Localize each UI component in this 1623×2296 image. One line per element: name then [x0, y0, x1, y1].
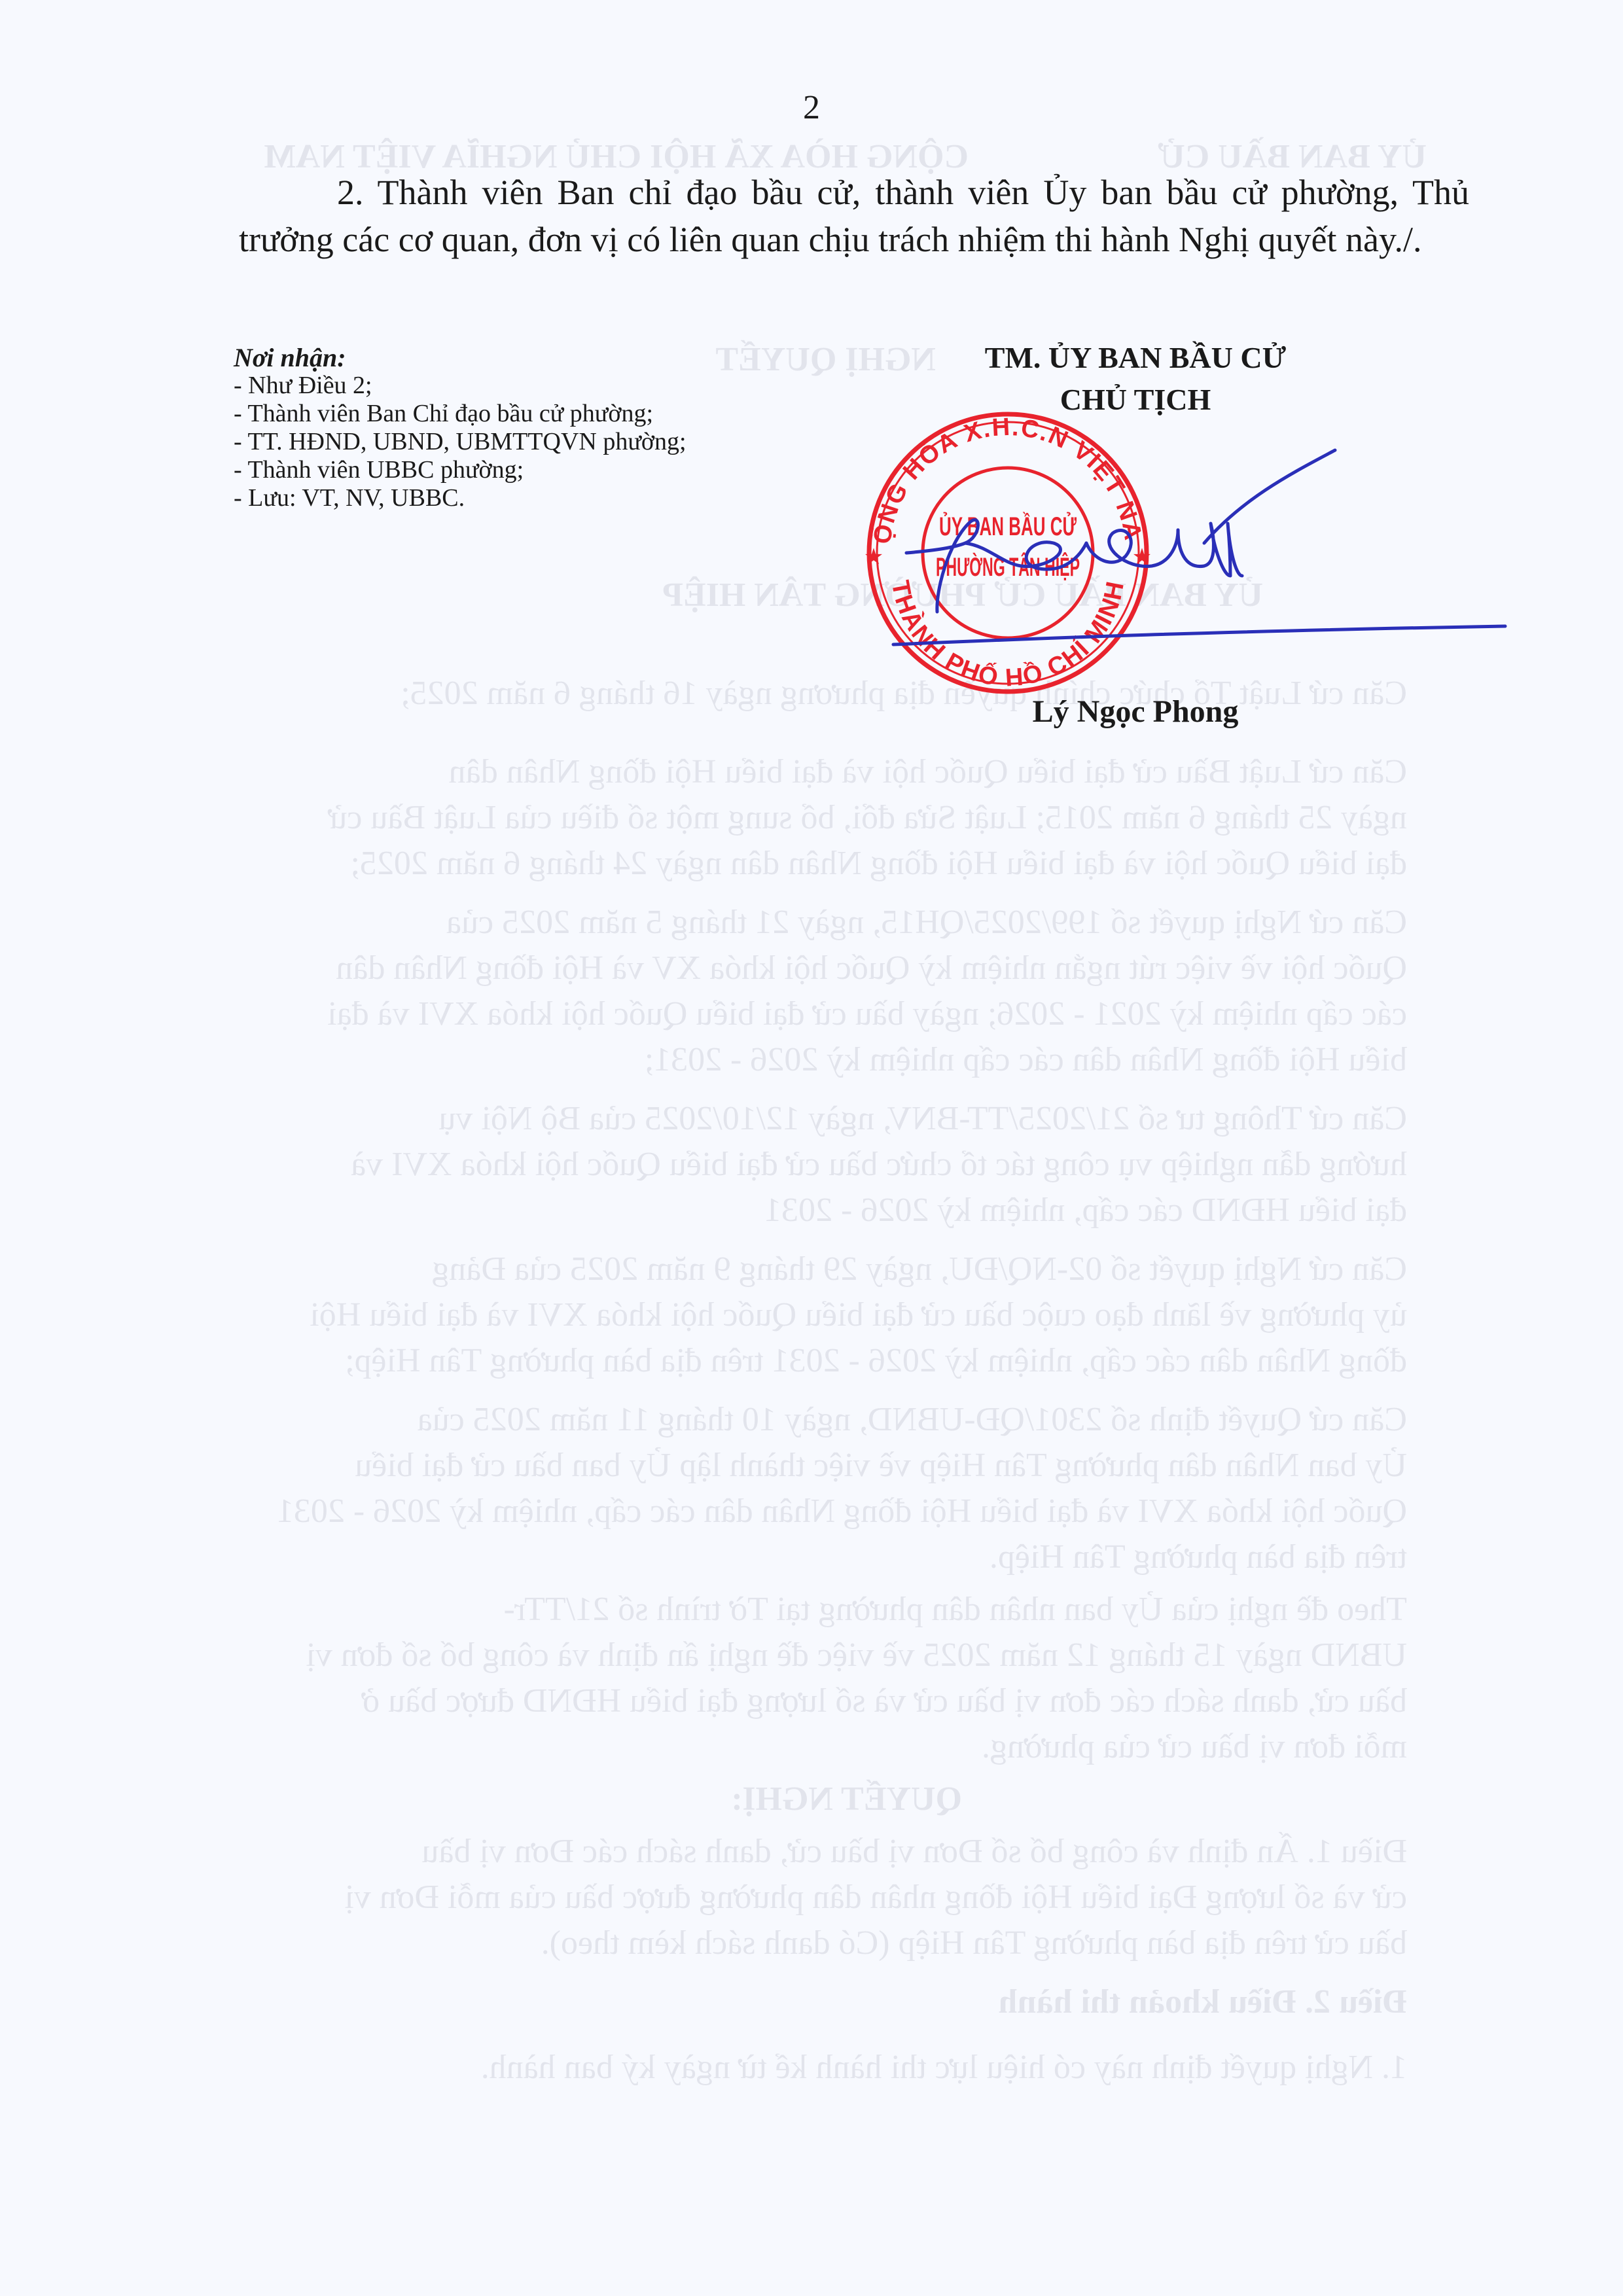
stamp-outer-top-text: CỘNG HÒA X.H.C.N VIỆT NAM — [0, 0, 1147, 546]
official-stamp: CỘNG HÒA X.H.C.N VIỆT NAM THÀNH PHỐ HỒ C… — [0, 0, 1152, 692]
stamp-star-left-icon: ★ — [864, 544, 883, 570]
stamp-and-signature: CỘNG HÒA X.H.C.N VIỆT NAM THÀNH PHỐ HỒ C… — [0, 0, 1623, 2296]
svg-text:CỘNG HÒA X.H.C.N VIỆT NAM: CỘNG HÒA X.H.C.N VIỆT NAM — [0, 0, 1147, 546]
signer-name: Lý Ngọc Phong — [946, 694, 1325, 730]
handwritten-signature — [893, 450, 1505, 645]
